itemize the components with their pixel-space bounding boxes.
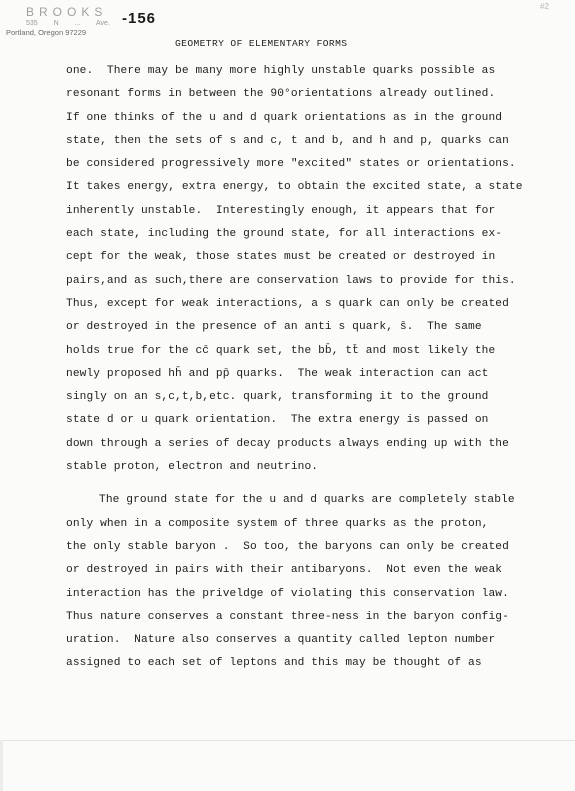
corner-mark: #2 [540,2,549,11]
paragraph-2: The ground state for the u and d quarks … [66,489,566,675]
text-line: be considered progressively more "excite… [66,153,566,176]
text-line: newly proposed hh̄ and pp̄ quarks. The w… [66,363,566,386]
paragraph-1: one. There may be many more highly unsta… [66,60,566,479]
document-body: one. There may be many more highly unsta… [66,60,566,676]
text-line: only when in a composite system of three… [66,513,566,536]
text-line: assigned to each set of leptons and this… [66,652,566,675]
text-line: down through a series of decay products … [66,433,566,456]
paragraph-gap [66,479,566,489]
text-line: singly on an s,c,t,b,etc. quark, transfo… [66,386,566,409]
text-line: Thus, except for weak interactions, a s … [66,293,566,316]
text-line: pairs,and as such,there are conservation… [66,270,566,293]
page-bottom-edge [0,740,575,741]
text-line: inherently unstable. Interestingly enoug… [66,200,566,223]
stamp-address: 535 N ... Ave. [6,19,110,28]
text-line: It takes energy, extra energy, to obtain… [66,176,566,199]
stamp-name: BROOKS [6,6,110,19]
text-line: holds true for the cc̄ quark set, the bb… [66,340,566,363]
document-title: GEOMETRY OF ELEMENTARY FORMS [175,38,347,49]
text-line: the only stable baryon . So too, the bar… [66,536,566,559]
text-line: state d or u quark orientation. The extr… [66,409,566,432]
text-line: each state, including the ground state, … [66,223,566,246]
text-line: or destroyed in the presence of an anti … [66,316,566,339]
text-line: stable proton, electron and neutrino. [66,456,566,479]
text-line: or destroyed in pairs with their antibar… [66,559,566,582]
page-left-edge [0,740,3,791]
text-line: interaction has the priveldge of violati… [66,583,566,606]
stamp-city: Portland, Oregon 97229 [6,28,110,38]
handwritten-page-number: -156 [122,10,156,27]
address-stamp: BROOKS 535 N ... Ave. Portland, Oregon 9… [6,6,110,38]
text-line: The ground state for the u and d quarks … [66,489,566,512]
text-line: Thus nature conserves a constant three-n… [66,606,566,629]
text-line: If one thinks of the u and d quark orien… [66,107,566,130]
text-line: state, then the sets of s and c, t and b… [66,130,566,153]
text-line: cept for the weak, those states must be … [66,246,566,269]
text-line: uration. Nature also conserves a quantit… [66,629,566,652]
text-line: resonant forms in between the 90°orienta… [66,83,566,106]
text-line: one. There may be many more highly unsta… [66,60,566,83]
